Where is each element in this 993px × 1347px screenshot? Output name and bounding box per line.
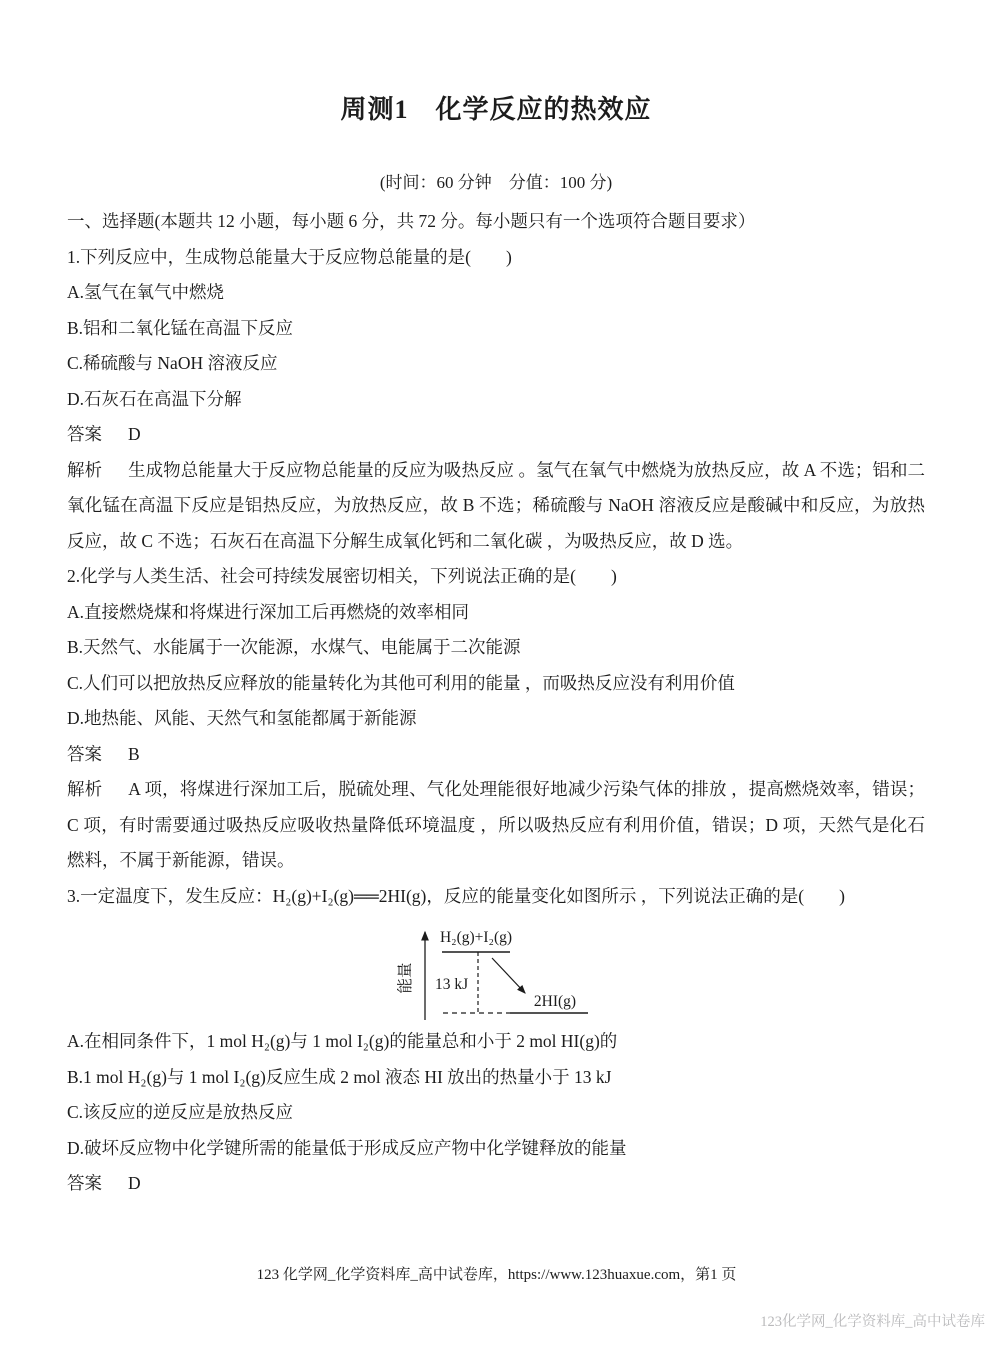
question-3-answer: D	[128, 1173, 141, 1193]
question-1-stem: 1.下列反应中，生成物总能量大于反应物总能量的是( )	[67, 240, 925, 276]
question-2-answer: B	[128, 744, 140, 764]
question-1-analysis-line: 解析生成物总能量大于反应物总能量的反应为吸热反应 。氢气在氧气中燃烧为放热反应，…	[67, 453, 925, 560]
energy-gap-label: 13 kJ	[435, 976, 468, 993]
question-3-answer-line: 答案D	[67, 1166, 925, 1202]
reaction-arrow	[492, 958, 525, 993]
answer-label: 答案	[67, 424, 102, 444]
question-3-option-a: A.在相同条件下，1 mol H₂(g)与 1 mol I₂(g)的能量总和小于…	[67, 1024, 925, 1060]
answer-label: 答案	[67, 744, 102, 764]
exam-meta: (时间：60 分钟 分值：100 分)	[67, 168, 925, 198]
question-1-answer: D	[128, 424, 141, 444]
question-2-option-a: A.直接燃烧煤和将煤进行深加工后再燃烧的效率相同	[67, 595, 925, 631]
watermark: 123化学网_化学资料库_高中试卷库	[760, 1310, 985, 1331]
analysis-label: 解析	[67, 460, 102, 480]
question-2-analysis-line: 解析A 项，将煤进行深加工后，脱硫处理、气化处理能很好地减少污染气体的排放 ，提…	[67, 772, 925, 879]
question-1-analysis: 生成物总能量大于反应物总能量的反应为吸热反应 。氢气在氧气中燃烧为放热反应，故 …	[67, 460, 925, 551]
question-1-option-d: D.石灰石在高温下分解	[67, 382, 925, 418]
question-1-option-b: B.铝和二氧化锰在高温下反应	[67, 311, 925, 347]
question-1-answer-line: 答案D	[67, 417, 925, 453]
question-3-option-d: D.破坏反应物中化学键所需的能量低于形成反应产物中化学键释放的能量	[67, 1131, 925, 1167]
question-3-option-b: B.1 mol H₂(g)与 1 mol I₂(g)反应生成 2 mol 液态 …	[67, 1060, 925, 1096]
question-2-answer-line: 答案B	[67, 737, 925, 773]
question-2: 2.化学与人类生活、社会可持续发展密切相关，下列说法正确的是( ) A.直接燃烧…	[67, 559, 925, 879]
question-2-option-b: B.天然气、水能属于一次能源，水煤气、电能属于二次能源	[67, 630, 925, 666]
document-page: 周测1 化学反应的热效应 (时间：60 分钟 分值：100 分) 一、选择题(本…	[0, 0, 993, 1347]
question-3-stem: 3.一定温度下，发生反应：H₂(g)+I₂(g)══2HI(g)，反应的能量变化…	[67, 879, 925, 915]
question-2-analysis: A 项，将煤进行深加工后，脱硫处理、气化处理能很好地减少污染气体的排放 ，提高燃…	[67, 779, 925, 870]
question-2-option-c: C.人们可以把放热反应释放的能量转化为其他可利用的能量 ，而吸热反应没有利用价值	[67, 666, 925, 702]
question-1: 1.下列反应中，生成物总能量大于反应物总能量的是( ) A.氢气在氧气中燃烧 B…	[67, 240, 925, 560]
question-1-option-c: C.稀硫酸与 NaOH 溶液反应	[67, 346, 925, 382]
page-footer: 123 化学网_化学资料库_高中试卷库，https://www.123huaxu…	[0, 1262, 993, 1288]
page-title: 周测1 化学反应的热效应	[67, 94, 925, 126]
answer-label: 答案	[67, 1173, 102, 1193]
question-3-option-c: C.该反应的逆反应是放热反应	[67, 1095, 925, 1131]
section-heading: 一、选择题(本题共 12 小题，每小题 6 分，共 72 分。每小题只有一个选项…	[67, 204, 925, 240]
y-axis-label: 能量	[397, 962, 414, 993]
question-2-stem: 2.化学与人类生活、社会可持续发展密切相关，下列说法正确的是( )	[67, 559, 925, 595]
products-label: 2HI(g)	[534, 993, 576, 1010]
question-3: 3.一定温度下，发生反应：H₂(g)+I₂(g)══2HI(g)，反应的能量变化…	[67, 879, 925, 1202]
analysis-label: 解析	[67, 779, 102, 799]
energy-diagram-svg: 能量 H₂(g)+I₂(g) 13 kJ 2HI(g)	[397, 922, 707, 1024]
page-content: 周测1 化学反应的热效应 (时间：60 分钟 分值：100 分) 一、选择题(本…	[67, 0, 925, 1202]
reactants-label: H₂(g)+I₂(g)	[440, 929, 512, 946]
energy-diagram: 能量 H₂(g)+I₂(g) 13 kJ 2HI(g)	[397, 922, 707, 1024]
question-1-option-a: A.氢气在氧气中燃烧	[67, 275, 925, 311]
question-2-option-d: D.地热能、风能、天然气和氢能都属于新能源	[67, 701, 925, 737]
